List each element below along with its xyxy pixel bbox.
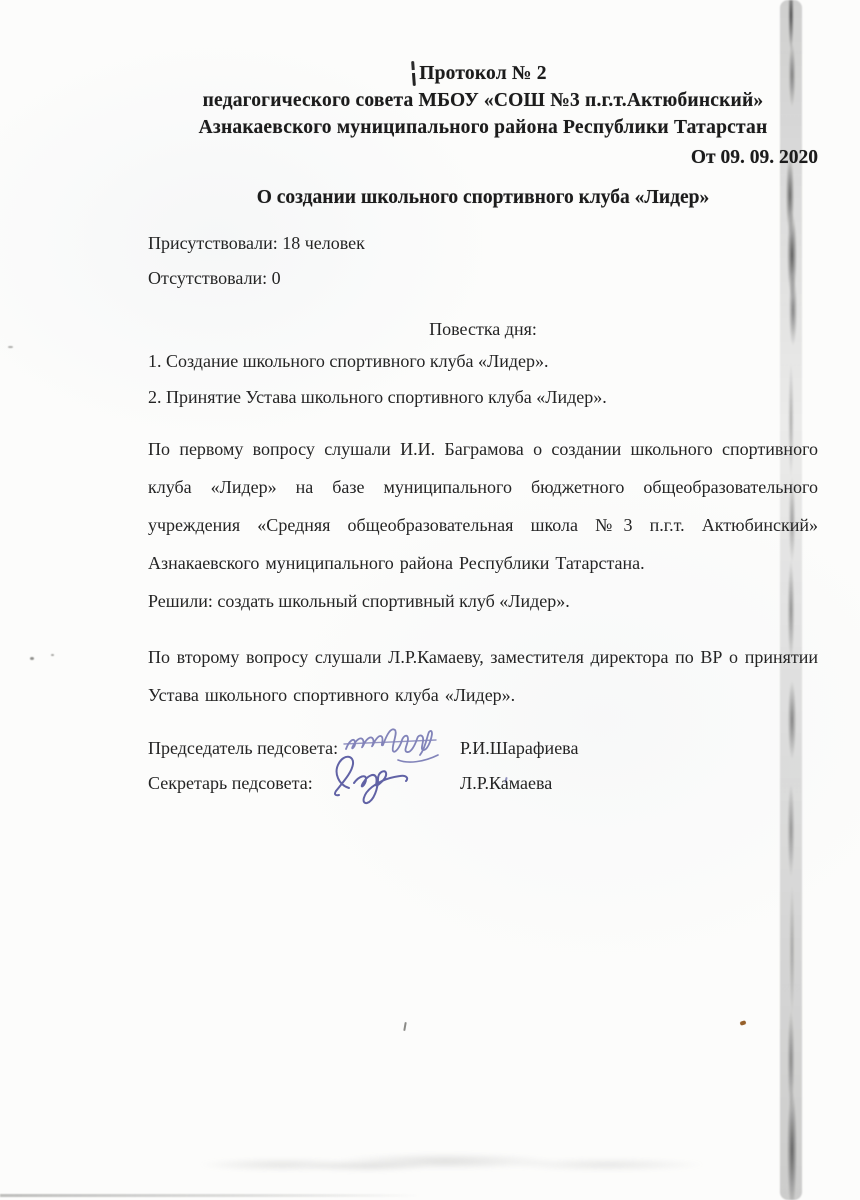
- speck-artifact: [30, 657, 34, 660]
- agenda-item-1: 1. Создание школьного спортивного клуба …: [148, 344, 818, 380]
- signature-row-secretary: Секретарь педсовета: Л.Р.Камаева: [148, 768, 818, 798]
- document-date: От 09. 09. 2020: [148, 144, 818, 171]
- agenda-title: Повестка дня:: [148, 314, 818, 344]
- paragraph-second-question: По второму вопросу слушали Л.Р.Камаеву, …: [148, 638, 818, 714]
- decision-line: Решили: создать школьный спортивный клуб…: [148, 584, 818, 619]
- speck-artifact: [8, 346, 13, 348]
- secretary-signature-handwriting: [326, 750, 430, 806]
- chairman-name: Р.И.Шарафиева: [460, 733, 578, 763]
- document-header: Протокол № 2 педагогического совета МБОУ…: [148, 60, 818, 141]
- agenda-item-2: 2. Принятие Устава школьного спортивного…: [148, 380, 818, 416]
- signature-row-chairman: Председатель педсовета: Р.И.Шарафиева: [148, 733, 818, 763]
- speck-artifact: [403, 1022, 407, 1031]
- speck-artifact: [740, 1020, 747, 1026]
- agenda-list: 1. Создание школьного спортивного клуба …: [148, 344, 818, 415]
- bottom-smudge-artifact: [120, 1146, 770, 1180]
- secretary-name: Л.Р.Камаева: [460, 768, 552, 798]
- chairman-role-label: Председатель педсовета:: [148, 738, 338, 758]
- present-count-line: Присутствовали: 18 человек: [148, 226, 818, 261]
- document-district-line: Азнакаевского муниципального района Респ…: [148, 114, 818, 141]
- attendance-section: Присутствовали: 18 человек Отсутствовали…: [148, 226, 818, 296]
- scanned-document-page: Протокол № 2 педагогического совета МБОУ…: [0, 0, 860, 1200]
- secretary-role-label: Секретарь педсовета:: [148, 773, 313, 793]
- bottom-edge-artifact: [0, 1194, 420, 1197]
- paragraph-first-question: По первому вопросу слушали И.И. Баграмов…: [148, 430, 818, 582]
- absent-count-line: Отсутствовали: 0: [148, 261, 818, 296]
- document-subject: О создании школьного спортивного клуба «…: [148, 184, 818, 211]
- document-title: Протокол № 2: [148, 60, 818, 87]
- document-org-line: педагогического совета МБОУ «СОШ №3 п.г.…: [148, 87, 818, 114]
- speck-artifact: [51, 654, 54, 656]
